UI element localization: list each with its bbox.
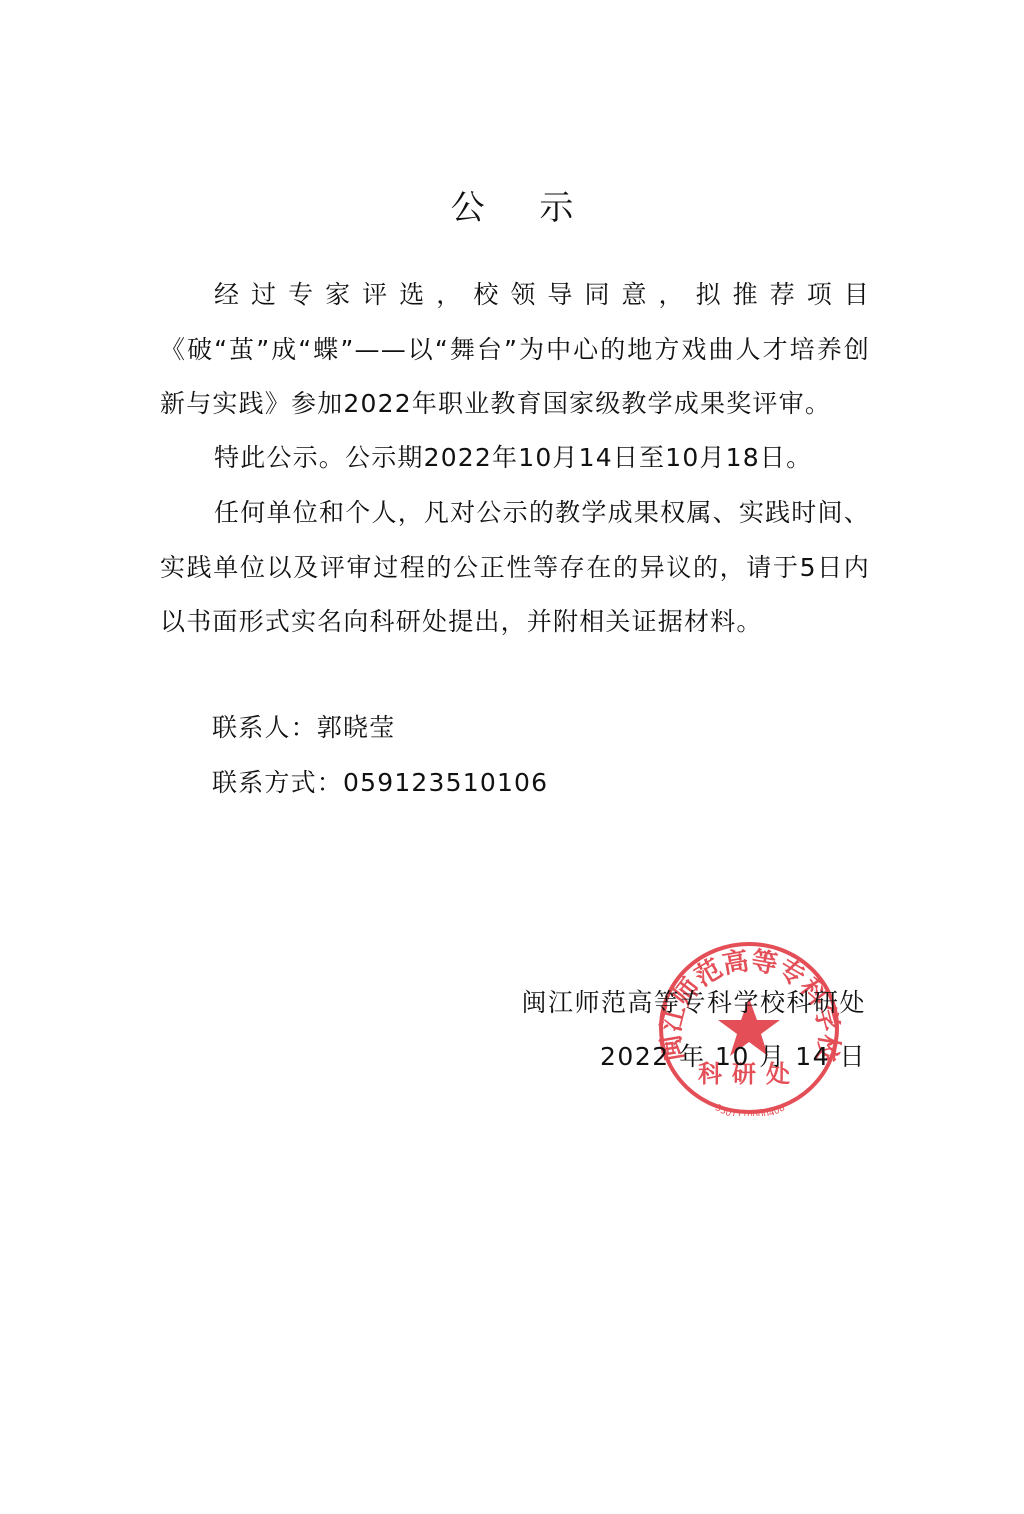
paragraph-objection: 任何单位和个人，凡对公示的教学成果权属、实践时间、实践单位以及评审过程的公正性等… [160, 486, 870, 650]
signature-organization: 闽江师范高等专科学校科研处 [521, 983, 866, 1019]
signature-date: 2022 年 10 月 14 日 [600, 1037, 866, 1073]
paragraph-recommendation: 经过专家评选，校领导同意，拟推荐项目《破“茧”成“蝶”——以“舞台”为中心的地方… [160, 268, 870, 432]
paragraph-text: 任何单位和个人，凡对公示的教学成果权属、实践时间、实践单位以及评审过程的公正性等… [160, 486, 870, 650]
svg-text:3501110000408: 3501110000408 [713, 1103, 787, 1116]
contact-phone: 联系方式：059123510106 [212, 763, 548, 799]
paragraph-text: 特此公示。公示期2022年10月14日至10月18日。 [160, 431, 870, 486]
contact-person: 联系人：郭晓莹 [212, 708, 395, 744]
official-seal: 闽江师范高等专科学校 科研处 3501110000408 [656, 940, 842, 1116]
paragraph-text: 经过专家评选，校领导同意，拟推荐项目《破“茧”成“蝶”——以“舞台”为中心的地方… [160, 268, 870, 432]
paragraph-notice-period: 特此公示。公示期2022年10月14日至10月18日。 [160, 431, 870, 486]
page-title: 公 示 [0, 180, 1024, 229]
